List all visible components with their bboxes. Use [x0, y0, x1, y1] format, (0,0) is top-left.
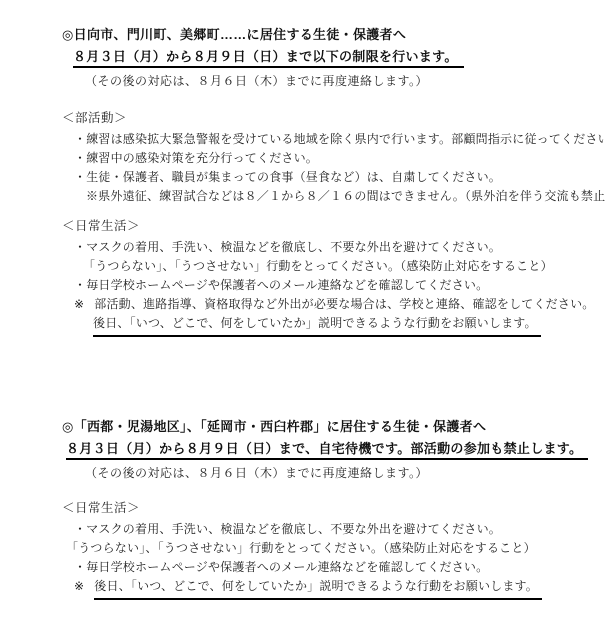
- restriction-line: ８月３日（月）から８月９日（日）まで以下の制限を行います。: [73, 49, 605, 68]
- daily-life-item: 「うつらない」、「うつさせない」行動をとってください。（感染防止対応をすること）: [66, 539, 605, 558]
- daily-life-item: 「うつらない」、「うつさせない」行動をとってください。（感染防止対応をすること）: [83, 257, 605, 276]
- section-heading: ◎「西都・児湯地区」、「延岡市・西臼杵郡」に居住する生徒・保護者へ: [62, 419, 605, 434]
- notice-section-hyuga: ◎日向市、門川町、美郷町……に居住する生徒・保護者へ ８月３日（月）から８月９日…: [0, 27, 605, 337]
- followup-note: （その後の対応は、８月６日（木）までに再度連絡します。）: [85, 74, 605, 88]
- daily-life-item: ・マスクの着用、手洗い、検温などを徹底し、不要な外出を避けてください。: [74, 238, 605, 257]
- note-marker: ※: [74, 297, 84, 311]
- club-activity-item: ・練習中の感染対策を充分行ってください。: [74, 149, 605, 168]
- outing-note-line: ※部活動、進路指導、資格取得など外出が必要な場合は、学校と連絡、確認をしてくださ…: [74, 295, 605, 314]
- club-activity-item: ・練習は感染拡大緊急警報を受けている地域を除く県内で行います。部顧問指示に従って…: [74, 130, 605, 149]
- followup-note: （その後の対応は、８月６日（木）までに再度連絡します。）: [85, 466, 605, 480]
- daily-life-item: ・毎日学校ホームページや保護者へのメール連絡などを確認してください。: [74, 558, 605, 577]
- document-page: ◎日向市、門川町、美郷町……に居住する生徒・保護者へ ８月３日（月）から８月９日…: [0, 0, 605, 627]
- outing-note-text: 部活動、進路指導、資格取得など外出が必要な場合は、学校と連絡、確認をしてください…: [94, 297, 594, 311]
- notice-section-saito-nobeoka: ◎「西都・児湯地区」、「延岡市・西臼杵郡」に居住する生徒・保護者へ ８月３日（月…: [0, 419, 605, 600]
- daily-life-title: ＜日常生活＞: [62, 501, 605, 516]
- note-marker: ※: [74, 579, 84, 593]
- accountability-reminder-line: 後日、「いつ、どこで、何をしていたか」説明できるような行動をお願いします。: [93, 314, 605, 337]
- club-activities-title: ＜部活動＞: [62, 111, 605, 126]
- restriction-text-underlined: ８月３日（月）から８月９日（日）まで以下の制限を行います。: [73, 49, 464, 68]
- restriction-line: ８月３日（月）から８月９日（日）まで、自宅待機です。部活動の参加も禁止します。: [66, 441, 605, 460]
- accountability-reminder-line: ※後日、「いつ、どこで、何をしていたか」説明できるような行動をお願いします。: [74, 577, 605, 600]
- section-heading: ◎日向市、門川町、美郷町……に居住する生徒・保護者へ: [62, 27, 605, 42]
- restriction-text-underlined: ８月３日（月）から８月９日（日）まで、自宅待機です。部活動の参加も禁止します。: [66, 441, 588, 460]
- daily-life-item: ・毎日学校ホームページや保護者へのメール連絡などを確認してください。: [74, 276, 605, 295]
- daily-life-item: ・マスクの着用、手洗い、検温などを徹底し、不要な外出を避けてください。: [74, 520, 605, 539]
- club-activity-item: ・生徒・保護者、職員が集まっての食事（昼食など）は、自粛してください。: [74, 168, 605, 187]
- accountability-reminder-underlined: 後日、「いつ、どこで、何をしていたか」説明できるような行動をお願いします。: [94, 577, 542, 600]
- daily-life-title: ＜日常生活＞: [62, 219, 605, 234]
- club-activity-subnote: ※県外遠征、練習試合などは８／１から８／１６の間はできません。（県外泊を伴う交流…: [86, 187, 605, 206]
- accountability-reminder-underlined: 後日、「いつ、どこで、何をしていたか」説明できるような行動をお願いします。: [93, 314, 541, 337]
